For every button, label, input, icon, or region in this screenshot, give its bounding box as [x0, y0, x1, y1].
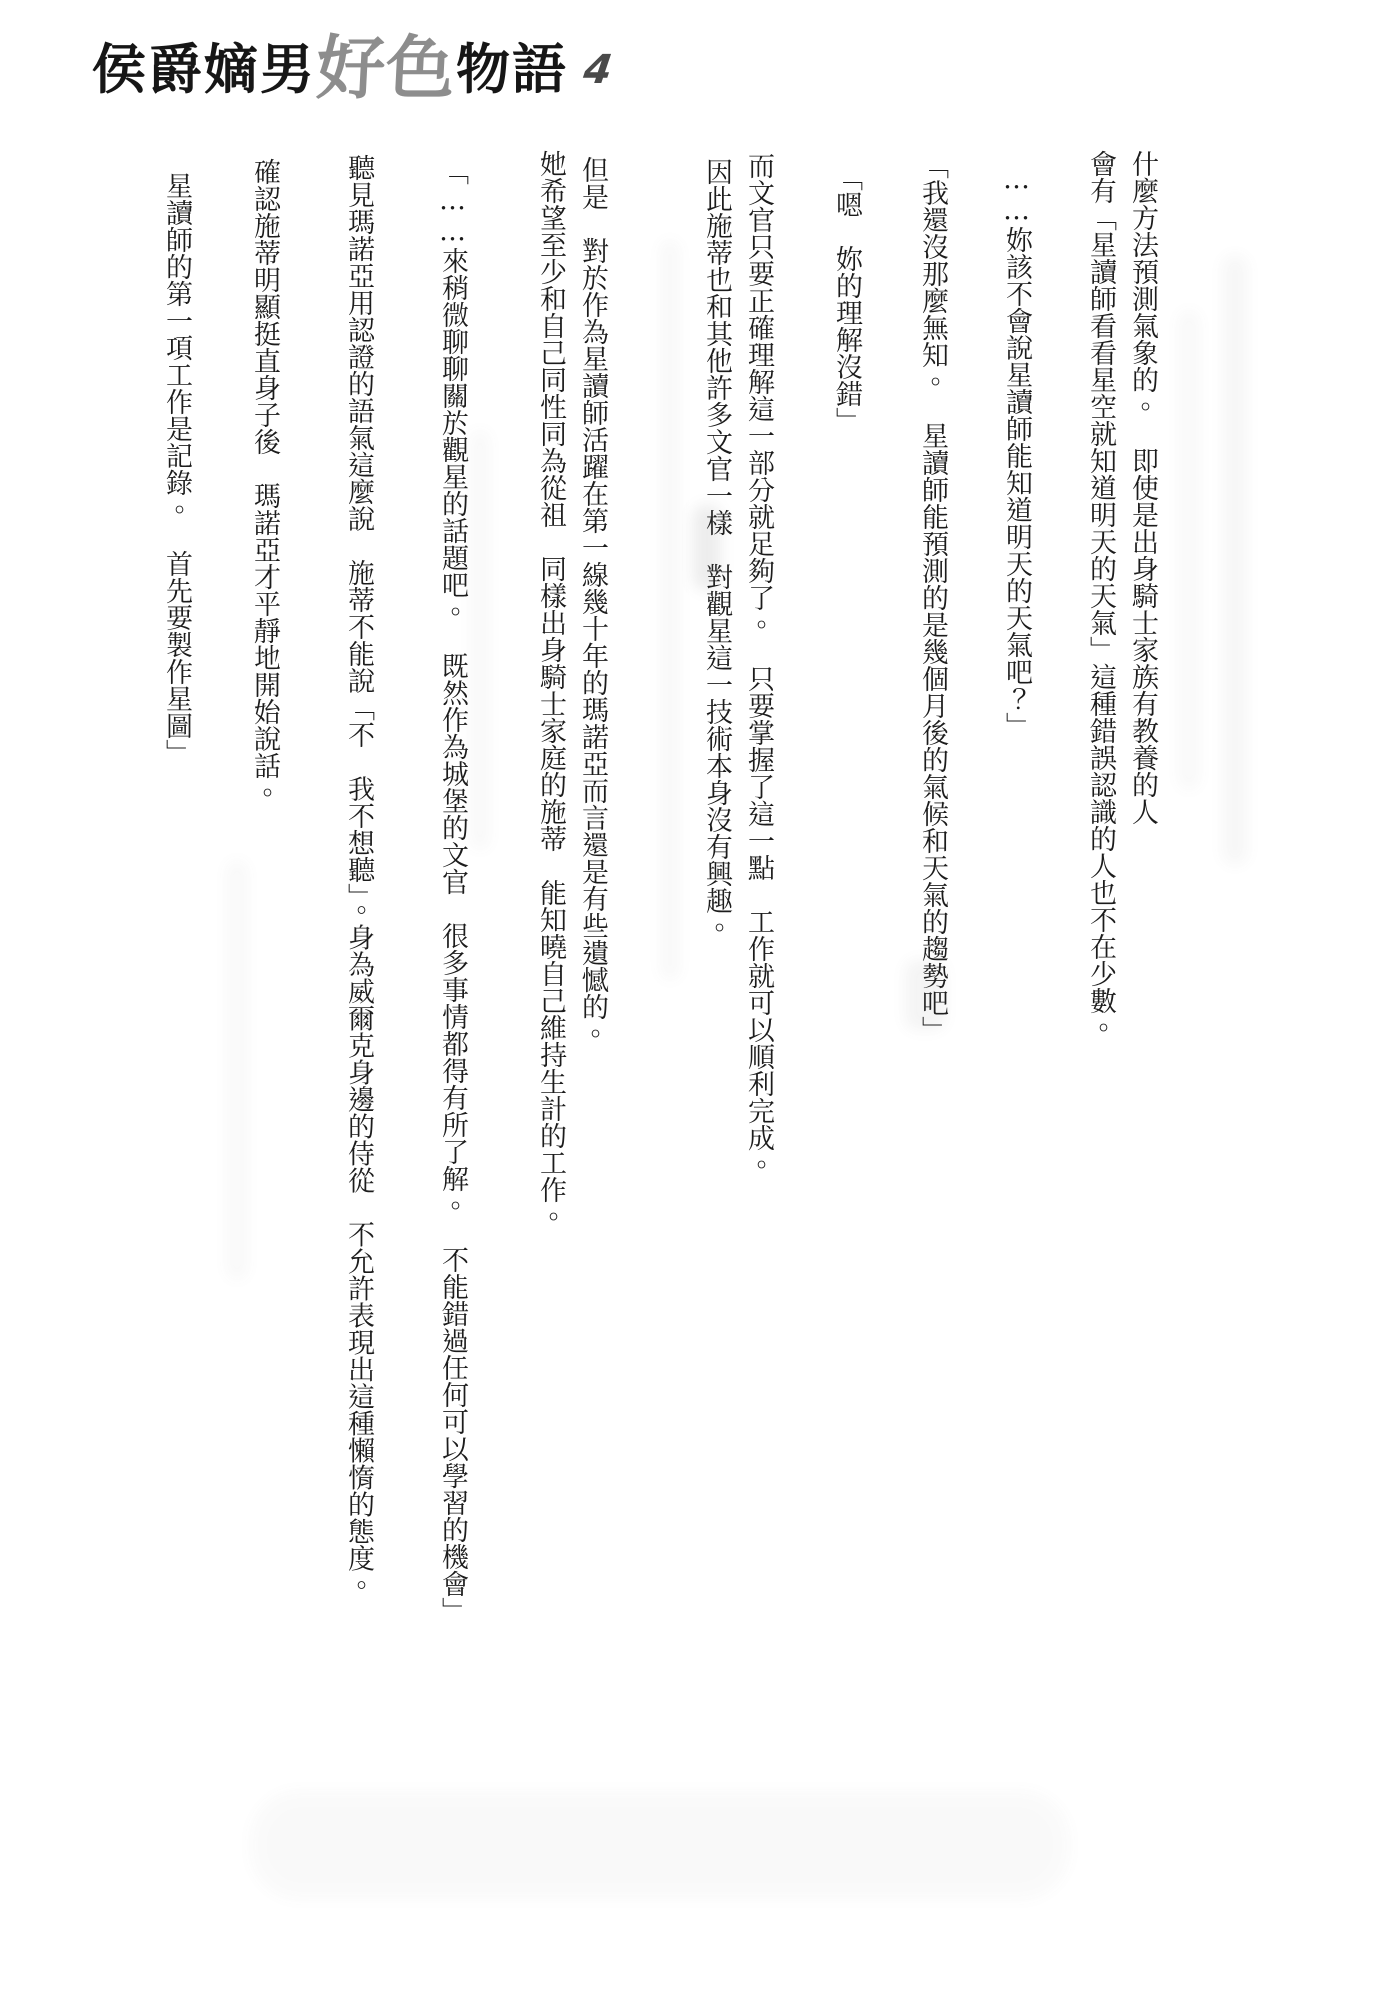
text-column-01: 什麼方法預測氣象的。 即使是出身騎士家族有教養的人 — [1124, 150, 1160, 825]
scan-bleed-artifact — [1178, 310, 1200, 790]
text-column-13: 星讀師的第一項工作是記錄。 首先要製作星圖」 — [158, 172, 194, 766]
volume-number: 4 — [581, 47, 615, 93]
text-column-09: 她希望至少和自己同性同為從祖 同樣出身騎士家庭的施蒂 能知曉自己維持生計的工作。 — [532, 150, 568, 1230]
body-text-block: 什麼方法預測氣象的。 即使是出身騎士家族有教養的人 會有「星讀師看看星空就知道明… — [158, 150, 1160, 1670]
book-title: 侯爵嫡男 好色 物語 4 — [92, 22, 612, 108]
text-column-10: 「……來稍微聊聊關於觀星的話題吧。 既然作為城堡的文官 很多事情都得有所了解。 … — [434, 158, 470, 1624]
text-column-03: ……妳該不會說星讀師能知道明天的天氣吧？」 — [998, 164, 1034, 739]
text-column-02: 會有「星讀師看看星空就知道明天的天氣」這種錯誤認識的人也不在少數。 — [1082, 150, 1118, 1041]
scan-bleed-artifact — [250, 1790, 1070, 1900]
page: { "title": { "prefix": "侯爵嫡男", "highligh… — [0, 0, 1400, 1991]
text-column-04: 「我還沒那麼無知。 星讀師能預測的是幾個月後的氣候和天氣的趨勢吧」 — [914, 152, 950, 1043]
title-text-main: 侯爵嫡男 — [92, 27, 316, 104]
text-column-12: 確認施蒂明顯挺直身子後 瑪諾亞才平靜地開始說話。 — [246, 158, 282, 806]
text-column-07: 因此施蒂也和其他許多文官一樣 對觀星這一技術本身沒有興趣。 — [698, 158, 734, 941]
title-text-highlight: 好色 — [314, 13, 457, 112]
text-column-05: 「嗯 妳的理解沒錯」 — [828, 164, 864, 434]
title-text-suffix: 物語 — [456, 27, 568, 104]
text-column-06: 而文官只要正確理解這一部分就足夠了。 只要掌握了這一點 工作就可以順利完成。 — [740, 152, 776, 1178]
text-column-11: 聽見瑪諾亞用認證的語氣這麼說 施蒂不能說「不 我不想聽」。身為威爾克身邊的侍從 … — [340, 154, 376, 1599]
scan-bleed-artifact — [1222, 255, 1248, 865]
text-column-08: 但是 對於作為星讀師活躍在第一線幾十年的瑪諾亞而言還是有些遺憾的。 — [574, 156, 610, 1047]
